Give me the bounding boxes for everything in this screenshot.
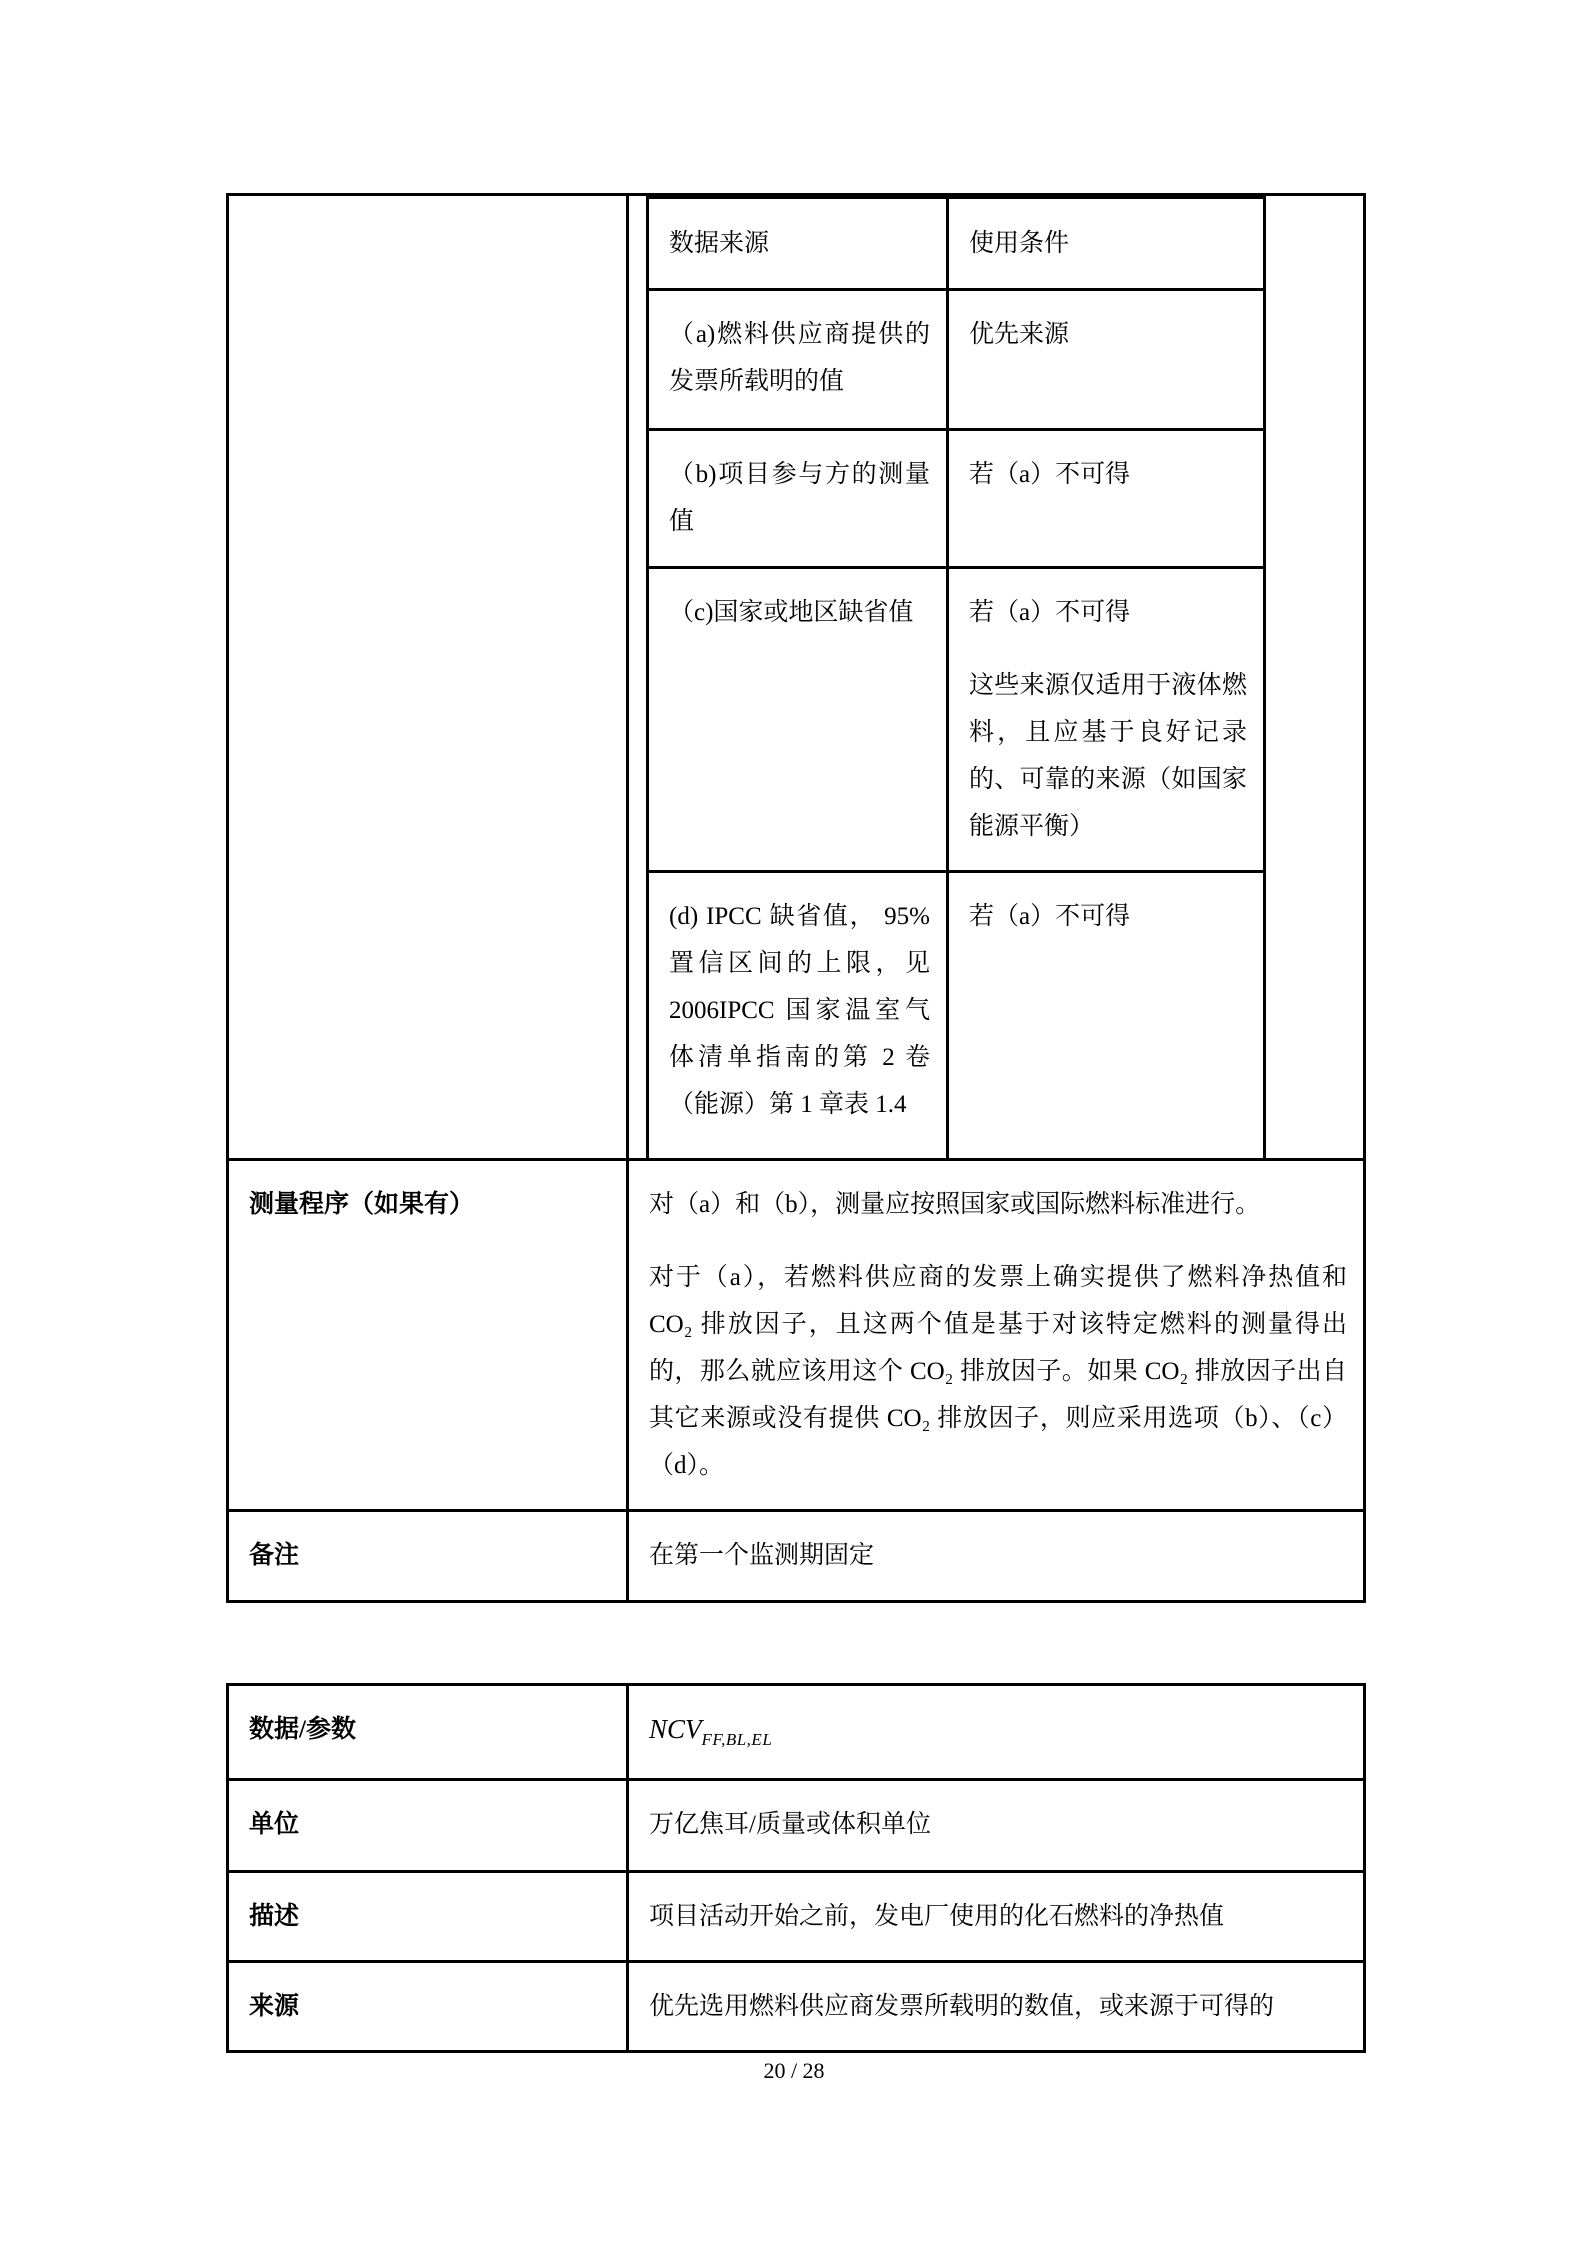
description-row: 描述 项目活动开始之前，发电厂使用的化石燃料的净热值 <box>228 1872 1365 1962</box>
measurement-procedure-label: 测量程序（如果有） <box>228 1159 628 1510</box>
remark-label: 备注 <box>228 1510 628 1601</box>
option-b-condition-cell: 若（a）不可得 <box>948 430 1265 568</box>
source-value: 优先选用燃料供应商发票所载明的数值，或来源于可得的 <box>628 1962 1365 2052</box>
option-b-row: （b)项目参与方的测量值 若（a）不可得 <box>648 430 1265 568</box>
remark-row: 备注 在第一个监测期固定 <box>228 1510 1365 1601</box>
use-condition-header-cell: 使用条件 <box>948 198 1265 290</box>
data-source-header-cell: 数据来源 <box>648 198 948 290</box>
ncv-subscript: FF,BL,EL <box>702 1730 773 1749</box>
ncv-symbol: NCV <box>649 1714 702 1744</box>
option-d-condition-cell: 若（a）不可得 <box>948 872 1265 1158</box>
option-a-source-cell: （a)燃料供应商提供的发票所载明的值 <box>648 290 948 430</box>
unit-label: 单位 <box>228 1780 628 1872</box>
data-parameter-row: 数据/参数 NCVFF,BL,EL <box>228 1685 1365 1780</box>
description-label: 描述 <box>228 1872 628 1962</box>
measurement-procedure-paragraph-1: 对（a）和（b），测量应按照国家或国际燃料标准进行。 <box>649 1181 1347 1228</box>
option-c-condition-note: 这些来源仅适用于液体燃料，且应基于良好记录的、可靠的来源（如国家能源平衡） <box>969 662 1247 850</box>
source-row: 来源 优先选用燃料供应商发票所载明的数值，或来源于可得的 <box>228 1962 1365 2052</box>
option-b-source-cell: （b)项目参与方的测量值 <box>648 430 948 568</box>
empty-label-cell <box>228 195 628 1160</box>
option-c-row: （c)国家或地区缺省值 若（a）不可得 这些来源仅适用于液体燃料，且应基于良好记… <box>648 568 1265 872</box>
measurement-procedure-content: 对（a）和（b），测量应按照国家或国际燃料标准进行。 对于（a），若燃料供应商的… <box>628 1159 1365 1510</box>
data-source-row: 数据来源 使用条件 （a)燃料供应商提供的发票所载明的值 优先来源 （b)项目参… <box>228 195 1365 1160</box>
unit-row: 单位 万亿焦耳/质量或体积单位 <box>228 1780 1365 1872</box>
description-value: 项目活动开始之前，发电厂使用的化石燃料的净热值 <box>628 1872 1365 1962</box>
data-source-nested-cell: 数据来源 使用条件 （a)燃料供应商提供的发票所载明的值 优先来源 （b)项目参… <box>628 195 1365 1160</box>
measurement-procedure-row: 测量程序（如果有） 对（a）和（b），测量应按照国家或国际燃料标准进行。 对于（… <box>228 1159 1365 1510</box>
parameter-table-continued: 数据来源 使用条件 （a)燃料供应商提供的发票所载明的值 优先来源 （b)项目参… <box>226 193 1366 1603</box>
data-source-table: 数据来源 使用条件 （a)燃料供应商提供的发票所载明的值 优先来源 （b)项目参… <box>646 196 1266 1158</box>
unit-value: 万亿焦耳/质量或体积单位 <box>628 1780 1365 1872</box>
option-c-source-cell: （c)国家或地区缺省值 <box>648 568 948 872</box>
data-parameter-label: 数据/参数 <box>228 1685 628 1780</box>
option-a-row: （a)燃料供应商提供的发票所载明的值 优先来源 <box>648 290 1265 430</box>
option-c-condition-text: 若（a）不可得 <box>969 589 1247 636</box>
source-label: 来源 <box>228 1962 628 2052</box>
remark-content: 在第一个监测期固定 <box>628 1510 1365 1601</box>
parameter-table-ncv: 数据/参数 NCVFF,BL,EL 单位 万亿焦耳/质量或体积单位 描述 项目活… <box>226 1683 1366 2053</box>
page-number: 20 / 28 <box>0 2056 1588 2086</box>
option-c-condition-cell: 若（a）不可得 这些来源仅适用于液体燃料，且应基于良好记录的、可靠的来源（如国家… <box>948 568 1265 872</box>
option-d-row: (d) IPCC 缺省值， 95%置信区间的上限，见 2006IPCC 国家温室… <box>648 872 1265 1158</box>
option-a-condition-cell: 优先来源 <box>948 290 1265 430</box>
data-source-header-row: 数据来源 使用条件 <box>648 198 1265 290</box>
document-page: 数据来源 使用条件 （a)燃料供应商提供的发票所载明的值 优先来源 （b)项目参… <box>0 0 1588 2245</box>
measurement-procedure-paragraph-2: 对于（a），若燃料供应商的发票上确实提供了燃料净热值和 CO₂ 排放因子，且这两… <box>649 1254 1347 1489</box>
data-parameter-value: NCVFF,BL,EL <box>628 1685 1365 1780</box>
option-d-source-cell: (d) IPCC 缺省值， 95%置信区间的上限，见 2006IPCC 国家温室… <box>648 872 948 1158</box>
